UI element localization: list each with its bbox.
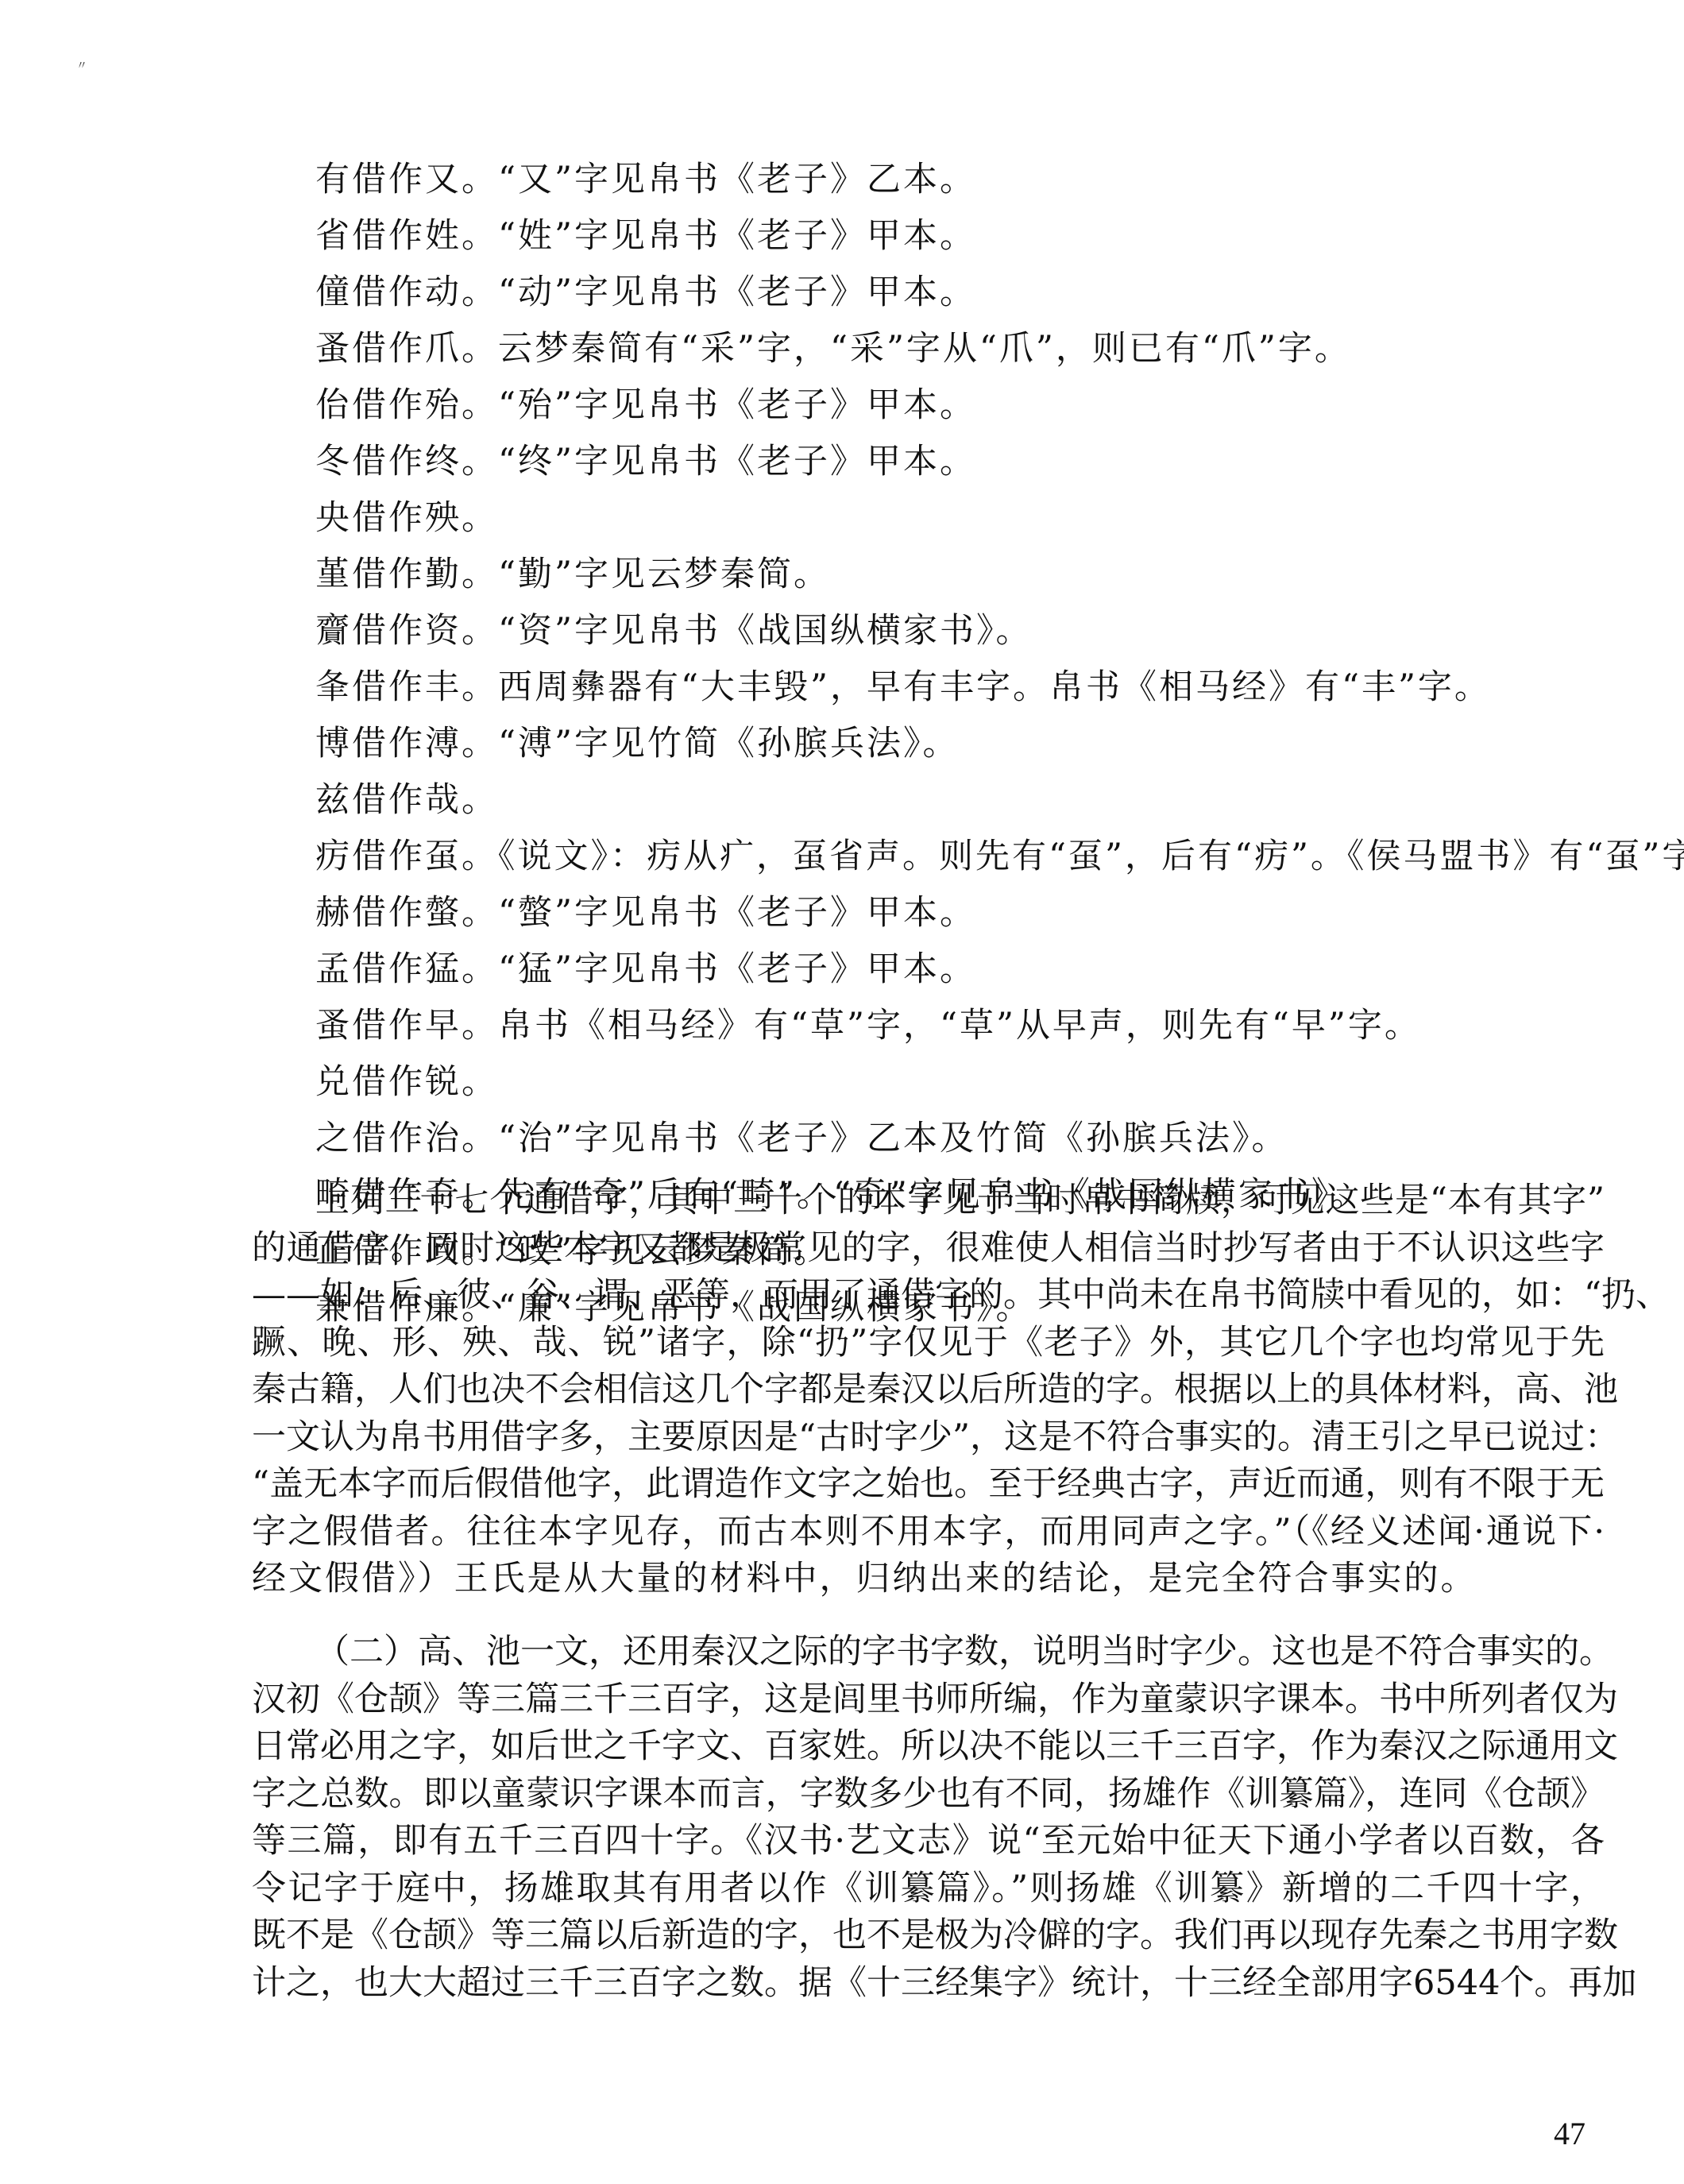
paragraph-line: ——如：后、彼、谷、谓、恶等，而用了通借字的。其中尚未在帛书简牍中看见的，如：“… [252, 1274, 1605, 1321]
paragraph-line: 计之，也大大超过三千三百字之数。据《十三经集字》统计，十三经全部用字6544个。… [252, 1962, 1605, 2009]
paragraph-summary: 上列三十七个通借字，其中三十个的本字见于当时帛书简牍，可见这些是“本有其字” 的… [252, 1179, 1605, 1605]
list-item: 之借作治。“治”字见帛书《老子》乙本及竹简《孙膑兵法》。 [315, 1115, 1618, 1171]
loan-character-list: 有借作又。“又”字见帛书《老子》乙本。 省借作姓。“姓”字见帛书《老子》甲本。 … [315, 156, 1618, 1340]
paragraph-line: 上列三十七个通借字，其中三十个的本字见于当时帛书简牍，可见这些是“本有其字” [252, 1179, 1605, 1227]
list-item: 有借作又。“又”字见帛书《老子》乙本。 [315, 156, 1618, 212]
paragraph-line: 汉初《仓颉》等三篇三千三百字，这是闾里书师所编，作为童蒙识字课本。书中所列者仅为 [252, 1678, 1605, 1726]
list-item: 省借作姓。“姓”字见帛书《老子》甲本。 [315, 212, 1618, 269]
margin-mark: 〃 [76, 57, 87, 73]
paragraph-line: 一文认为帛书用借字多，主要原因是“古时字少”，这是不符合事实的。清王引之早已说过… [252, 1416, 1605, 1463]
list-item: 僮借作动。“动”字见帛书《老子》甲本。 [315, 269, 1618, 325]
paragraph-line: 字之假借者。往往本字见存，而古本则不用本字，而用同声之字。”（《经义述闻·通说下… [252, 1510, 1605, 1558]
list-item: 博借作溥。“溥”字见竹简《孙膑兵法》。 [315, 720, 1618, 776]
paragraph-line: 秦古籍，人们也决不会相信这几个字都是秦汉以后所造的字。根据以上的具体材料，高、池 [252, 1368, 1605, 1416]
list-item: 疠借作虿。《说文》：疠从疒，虿省声。则先有“虿”，后有“疠”。《侯马盟书》有“虿… [315, 833, 1618, 889]
list-item: 蚤借作早。帛书《相马经》有“草”字，“草”从早声，则先有“早”字。 [315, 1002, 1618, 1058]
paragraph-line: 令记字于庭中，扬雄取其有用者以作《训纂篇》。”则扬雄《训纂》新增的二千四十字， [252, 1867, 1605, 1915]
page-number: 47 [1554, 2115, 1586, 2152]
paragraph-line: 的通借字。同时这些本字又都是极常见的字，很难使人相信当时抄写者由于不认识这些字 [252, 1227, 1605, 1274]
list-item: 堇借作勤。“勤”字见云梦秦简。 [315, 551, 1618, 607]
paragraph-line: 字之总数。即以童蒙识字课本而言，字数多少也有不同，扬雄作《训纂篇》，连同《仓颉》 [252, 1772, 1605, 1820]
paragraph-section-two: （二）高、池一文，还用秦汉之际的字书字数，说明当时字少。这也是不符合事实的。 汉… [252, 1630, 1605, 2008]
book-page: 〃 有借作又。“又”字见帛书《老子》乙本。 省借作姓。“姓”字见帛书《老子》甲本… [0, 0, 1684, 2184]
paragraph-line: 经文假借》）王氏是从大量的材料中，归纳出来的结论，是完全符合事实的。 [252, 1557, 1605, 1605]
list-item: 赫借作螫。“螫”字见帛书《老子》甲本。 [315, 889, 1618, 945]
list-item: 兑借作锐。 [315, 1058, 1618, 1115]
list-item: 蚤借作爪。云梦秦简有“采”字，“采”字从“爪”，则已有“爪”字。 [315, 325, 1618, 381]
paragraph-line: 既不是《仓颉》等三篇以后新造的字，也不是极为冷僻的字。我们再以现存先秦之书用字数 [252, 1914, 1605, 1962]
list-item: 孟借作猛。“猛”字见帛书《老子》甲本。 [315, 945, 1618, 1002]
paragraph-line: （二）高、池一文，还用秦汉之际的字书字数，说明当时字少。这也是不符合事实的。 [252, 1630, 1605, 1678]
list-item: 兹借作哉。 [315, 776, 1618, 833]
paragraph-line: “盖无本字而后假借他字，此谓造作文字之始也。至于经典古字，声近而通，则有不限于无 [252, 1463, 1605, 1510]
paragraph-line: 蹶、晚、形、殃、哉、锐”诸字，除“扔”字仅见于《老子》外，其它几个字也均常见于先 [252, 1321, 1605, 1369]
paragraph-line: 等三篇，即有五千三百四十字。《汉书·艺文志》说“至元始中征天下通小学者以百数，各 [252, 1819, 1605, 1867]
list-item: 佁借作殆。“殆”字见帛书《老子》甲本。 [315, 381, 1618, 438]
list-item: 冬借作终。“终”字见帛书《老子》甲本。 [315, 438, 1618, 494]
list-item: 央借作殃。 [315, 494, 1618, 551]
paragraph-line: 日常必用之字，如后世之千字文、百家姓。所以决不能以三千三百字，作为秦汉之际通用文 [252, 1725, 1605, 1772]
list-item: 夆借作丰。西周彝器有“大丰毁”，早有丰字。帛书《相马经》有“丰”字。 [315, 663, 1618, 720]
list-item: 齎借作资。“资”字见帛书《战国纵横家书》。 [315, 607, 1618, 663]
